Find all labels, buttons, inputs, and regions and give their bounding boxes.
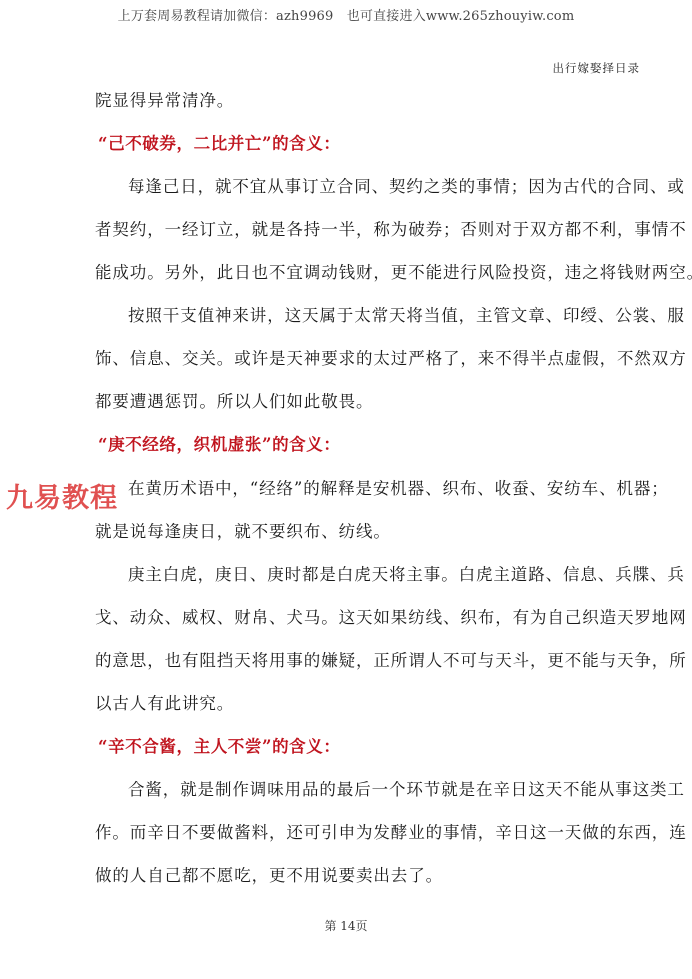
body-line: 的意思，也有阻挡天将用事的嫌疑，正所谓人不可与天斗，更不能与天争，所 [95,651,687,671]
body-line: 以古人有此讲究。 [95,694,234,714]
watermark-banner: 上万套周易教程请加微信：azh9969 也可直接进入www.265zhouyiw… [0,5,692,24]
running-header: 出行嫁娶择日录 [553,60,641,76]
body-line: 饰、信息、交关。或许是天神要求的太过严格了，来不得半点虚假，不然双方 [95,349,687,369]
body-line: 在黄历术语中，“经络”的解释是安机器、织布、收蚕、安纺车、机器； [128,479,669,499]
logo-watermark: 九易教程 [6,476,118,515]
page-number: 第 14页 [0,917,692,934]
section-heading: “己不破券，二比并亡”的含义： [98,134,340,154]
body-line: 就是说每逢庚日，就不要织布、纺线。 [95,522,391,542]
body-line: 按照干支值神来讲，这天属于太常天将当值，主管文章、印绶、公裳、服 [128,306,685,326]
body-line: 每逢己日，就不宜从事订立合同、契约之类的事情；因为古代的合同、或 [128,177,685,197]
section-heading: “庚不经络，织机虚张”的含义： [98,435,340,455]
body-line: 院显得异常清净。 [95,91,234,111]
section-heading: “辛不合酱，主人不尝”的含义： [98,737,340,757]
body-line: 作。而辛日不要做酱料，还可引申为发酵业的事情，辛日这一天做的东西，连 [95,823,687,843]
body-line: 做的人自己都不愿吃，更不用说要卖出去了。 [95,866,443,886]
body-line: 能成功。另外，此日也不宜调动钱财，更不能进行风险投资，违之将钱财两空。 [95,263,692,283]
body-line: 都要遭遇惩罚。所以人们如此敬畏。 [95,392,373,412]
body-line: 合酱，就是制作调味用品的最后一个环节就是在辛日这天不能从事这类工 [128,780,685,800]
body-line: 者契约，一经订立，就是各持一半，称为破券；否则对于双方都不利，事情不 [95,220,687,240]
body-line: 庚主白虎，庚日、庚时都是白虎天将主事。白虎主道路、信息、兵牒、兵 [128,565,685,585]
body-line: 戈、动众、威权、财帛、犬马。这天如果纺线、织布，有为自己织造天罗地网 [95,608,687,628]
